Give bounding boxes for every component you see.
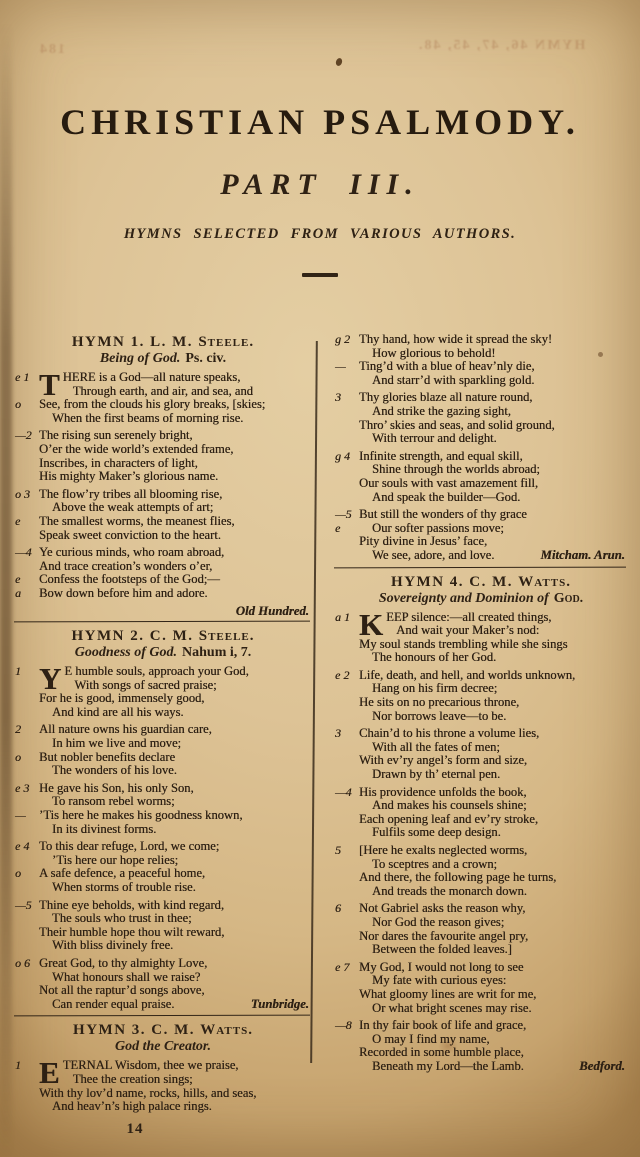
stanza-marker: a 1 (334, 611, 359, 638)
stanza-marker (334, 651, 359, 665)
verse-dropcap-row: e 1THERE is a God—all nature speaks,Thro… (14, 371, 312, 398)
hymn-author: Watts. (200, 1022, 253, 1038)
stanza-marker (14, 998, 39, 1012)
verse-line-row: My soul stands trembling while she sings (334, 638, 628, 652)
verse-line-row: Thro’ skies and seas, and solid ground, (334, 419, 628, 433)
stanza-marker (14, 560, 39, 574)
stanza-marker (334, 871, 359, 885)
hymn-author: Steele. (199, 628, 255, 644)
page-title: CHRISTIAN PSALMODY. (0, 104, 640, 140)
verse-line: And makes his counsels shine; (359, 799, 527, 813)
stanza-marker (14, 795, 39, 809)
verse-line-row: Nor borrows leave—to be. (334, 710, 628, 724)
verse-line-row: Fulfils some deep design. (334, 826, 628, 840)
verse-line-row: How glorious to behold! (334, 347, 628, 361)
hymn-heading: HYMN 4. C. M. Watts.Sovereignty and Domi… (334, 574, 628, 607)
stanza-marker: —5 (334, 508, 359, 522)
hymn-subject: Being of God. (100, 351, 181, 366)
stanza: o 6Great God, to thy almighty Love,What … (14, 957, 312, 1011)
stanza: e 3He gave his Son, his only Son,To rans… (14, 782, 312, 836)
stanza-marker: — (14, 809, 39, 823)
stanza-marker: 3 (334, 727, 359, 741)
verse-line: To ransom rebel worms; (39, 795, 175, 809)
scripture-ref: God. (554, 591, 583, 606)
verse-line-row: Above the weak attempts of art; (14, 501, 312, 515)
stanza: —8In thy fair book of life and grace,O m… (334, 1019, 628, 1073)
verse-line-row: eOur softer passions move; (334, 522, 628, 536)
stanza-marker (14, 854, 39, 868)
verse-line-row: 6Not Gabriel asks the reason why, (334, 902, 628, 916)
verse-line: Between the folded leaves.] (359, 943, 512, 957)
verse-line: All nature owns his guardian care, (39, 723, 212, 737)
verse-line: When storms of trouble rise. (39, 881, 196, 895)
spacer (39, 605, 236, 619)
stanza-marker: e 4 (14, 840, 39, 854)
verse-line: When the first beams of morning rise. (39, 412, 243, 426)
verse-line: Above the weak attempts of art; (39, 501, 213, 515)
stanza-marker (14, 926, 39, 940)
dropcap-letter: K (359, 612, 383, 638)
stanza-marker: o 6 (14, 957, 39, 971)
stanza: g 2Thy hand, how wide it spread the sky!… (334, 333, 628, 387)
verse-line-row: Recorded in some humble place, (334, 1046, 628, 1060)
verse-line: A safe defence, a peaceful home, (39, 867, 205, 881)
verse-line: To sceptres and a crown; (359, 858, 497, 872)
stanza-marker (14, 501, 39, 515)
verse-dropcap-row: a 1KEEP silence:—all created things,And … (334, 611, 628, 638)
verse-line-row: Beneath my Lord—the Lamb.Bedford. (334, 1060, 628, 1074)
verse-line: ’Tis here he makes his goodness known, (39, 809, 242, 823)
stanza-marker (14, 939, 39, 953)
verse-line: The wonders of his love. (39, 764, 177, 778)
verse-line-row: And heav’n’s high palace rings. (14, 1100, 312, 1114)
stanza-marker: —2 (14, 429, 39, 443)
verse-line-row: And treads the monarch down. (334, 885, 628, 899)
verse-line-row: And there, the following page he turns, (334, 871, 628, 885)
stanza-marker (334, 754, 359, 768)
stanza-marker: —8 (334, 1019, 359, 1033)
stanza-marker (14, 529, 39, 543)
verse-line-row: Our souls with vast amazement fill, (334, 477, 628, 491)
verse-line-row: Drawn by th’ eternal pen. (334, 768, 628, 782)
verse-line-row: O may I find my name, (334, 1033, 628, 1047)
verse-line-row: 3Chain’d to his throne a volume lies, (334, 727, 628, 741)
verse-line-row: O’er the wide world’s extended frame, (14, 443, 312, 457)
verse-line: Ye curious minds, who roam abroad, (39, 546, 224, 560)
verse-line-row: 5[Here he exalts neglected worms, (334, 844, 628, 858)
verse-line-row: In its divinest forms. (14, 823, 312, 837)
stanza-marker (14, 443, 39, 457)
stanza-marker: 2 (14, 723, 39, 737)
verse-line-row: oA safe defence, a peaceful home, (14, 867, 312, 881)
verse-line: Not Gabriel asks the reason why, (359, 902, 525, 916)
verse-line: Through earth, and air, and sea, and (63, 385, 253, 399)
stanza: o 3The flow’ry tribes all blooming rise,… (14, 488, 312, 542)
verse-line-row: Not all the raptur’d songs above, (14, 984, 312, 998)
stanza-marker (334, 535, 359, 549)
stanza-marker (14, 1087, 39, 1101)
verse-line-row: eThe smallest worms, the meanest flies, (14, 515, 312, 529)
stanza: —5Thine eye beholds, with kind regard,Th… (14, 899, 312, 953)
hymn-subject-line: Being of God.Ps. civ. (14, 351, 312, 367)
verse-line: What gloomy lines are writ for me, (359, 988, 536, 1002)
stanza-marker: 6 (334, 902, 359, 916)
stanza-marker (14, 605, 39, 619)
verse-line: His mighty Maker’s glorious name. (39, 470, 218, 484)
stanza-marker (334, 491, 359, 505)
stanza: a 1KEEP silence:—all created things,And … (334, 611, 628, 665)
stanza-marker (14, 457, 39, 471)
stanza-marker (334, 1046, 359, 1060)
verse-line: Our softer passions move; (359, 522, 504, 536)
hymn-heading: HYMN 2. C. M. Steele.Goodness of God.Nah… (14, 628, 312, 661)
verse-line: We see, adore, and love. (359, 549, 494, 563)
stanza-marker: e 7 (334, 961, 359, 975)
verse-line-row: oSee, from the clouds his glory breaks, … (14, 398, 312, 412)
verse-line: Their humble hope thou wilt reward, (39, 926, 224, 940)
tune-name: Mitcham. Arun. (540, 549, 628, 563)
stanza-marker (334, 916, 359, 930)
verse-line: [Here he exalts neglected worms, (359, 844, 527, 858)
stanza-marker (334, 710, 359, 724)
stanza-marker (334, 374, 359, 388)
stanza-marker: e (14, 515, 39, 529)
verse-line-row: And trace creation’s wonders o’er, (14, 560, 312, 574)
verse-line-row: When storms of trouble rise. (14, 881, 312, 895)
stanza-marker (14, 823, 39, 837)
verse-line: Nor God the reason gives; (359, 916, 504, 930)
stanza: 3Chain’d to his throne a volume lies,Wit… (334, 727, 628, 781)
verse-dropcap-row: 1ETERNAL Wisdom, thee we praise,Thee the… (14, 1059, 312, 1086)
stanza-marker (334, 988, 359, 1002)
verse-line-row: With all the fates of men; (334, 741, 628, 755)
verse-line-row: With terrour and delight. (334, 432, 628, 446)
book-page: 184 HYMN 46, 47, 45, 48. CHRISTIAN PSALM… (0, 0, 640, 1157)
section-rule (14, 1015, 310, 1017)
hymn-heading-line: HYMN 4. C. M. Watts. (334, 574, 628, 591)
verse-line-row: e 2Life, death, and hell, and worlds unk… (334, 669, 628, 683)
verse-line: Nor dares the favourite angel pry, (359, 930, 528, 944)
verse-line: The honours of her God. (359, 651, 496, 665)
verse-line: Not all the raptur’d songs above, (39, 984, 205, 998)
hymn-subject-line: Sovereignty and Dominion ofGod. (334, 591, 628, 607)
verse-line-row: The honours of her God. (334, 651, 628, 665)
hymn-subject: Goodness of God. (75, 645, 177, 660)
verse-line-row: aBow down before him and adore. (14, 587, 312, 601)
page-number: 14 (0, 1121, 284, 1138)
stanza: e 2Life, death, and hell, and worlds unk… (334, 669, 628, 723)
verse-line: Hang on his firm decree; (359, 682, 497, 696)
verse-line-row: We see, adore, and love.Mitcham. Arun. (334, 549, 628, 563)
verse-line-row: o 3The flow’ry tribes all blooming rise, (14, 488, 312, 502)
verse-line-row: g 2Thy hand, how wide it spread the sky! (334, 333, 628, 347)
stanza-marker: o (14, 751, 39, 765)
verse-line-row: And makes his counsels shine; (334, 799, 628, 813)
verse-line: Or what bright scenes may rise. (359, 1002, 531, 1016)
verse-line: He sits on no precarious throne, (359, 696, 519, 710)
hymn-author: Watts. (518, 574, 571, 590)
stanza-marker: e 3 (14, 782, 39, 796)
verse-line: Each opening leaf and ev’ry stroke, (359, 813, 538, 827)
verse-line: The souls who trust in thee; (39, 912, 192, 926)
verse-line-row: Inscribes, in characters of light, (14, 457, 312, 471)
verse-line-row: Shine through the worlds abroad; (334, 463, 628, 477)
tune-line: Old Hundred. (14, 605, 312, 619)
stanza-marker (334, 405, 359, 419)
hymn-meter: C. M. (150, 628, 194, 644)
verse-line: His providence unfolds the book, (359, 786, 527, 800)
verse-line-row: —2The rising sun serenely bright, (14, 429, 312, 443)
stanza-marker (334, 858, 359, 872)
hymn-number: HYMN 4. (391, 574, 464, 590)
stanza-marker: e 2 (334, 669, 359, 683)
verse-line-row: oBut nobler benefits declare (14, 751, 312, 765)
verse-line: He gave his Son, his only Son, (39, 782, 194, 796)
verse-line-row: —5Thine eye beholds, with kind regard, (14, 899, 312, 913)
stanza-marker (334, 799, 359, 813)
verse-line-row: ’Tis here our hope relies; (14, 854, 312, 868)
verse-line: O may I find my name, (359, 1033, 490, 1047)
dropcap-letter: Y (39, 666, 61, 692)
section-rule (334, 566, 626, 568)
verse-line: Our souls with vast amazement fill, (359, 477, 538, 491)
verse-line: And wait your Maker’s nod: (386, 624, 551, 638)
stanza-marker (334, 930, 359, 944)
verse-line: With terrour and delight. (359, 432, 497, 446)
verse-line: Recorded in some humble place, (359, 1046, 524, 1060)
verse-line: Confess the footsteps of the God;— (39, 573, 220, 587)
stanza-marker (334, 741, 359, 755)
stanza-marker (334, 682, 359, 696)
stanza-marker (14, 912, 39, 926)
verse-line: Infinite strength, and equal skill, (359, 450, 523, 464)
verse-line-row: Hang on his firm decree; (334, 682, 628, 696)
verse-line: Ting’d with a blue of heav’nly die, (359, 360, 534, 374)
verse-line: With thy lov’d name, rocks, hills, and s… (39, 1087, 256, 1101)
hymn-subject: Sovereignty and Dominion of (379, 591, 549, 606)
hymn-heading-line: HYMN 3. C. M. Watts. (14, 1022, 312, 1039)
dropcap-lines: HERE is a God—all nature speaks,Through … (63, 371, 253, 398)
verse-line-row: 3Thy glories blaze all nature round, (334, 391, 628, 405)
verse-line-row: —5But still the wonders of thy grace (334, 508, 628, 522)
verse-line-row: Their humble hope thou wilt reward, (14, 926, 312, 940)
verse-line-row: And kind are all his ways. (14, 706, 312, 720)
verse-line: My God, I would not long to see (359, 961, 523, 975)
stanza-marker: e (334, 522, 359, 536)
right-column: g 2Thy hand, how wide it spread the sky!… (334, 333, 628, 1138)
stanza: —4Ye curious minds, who roam abroad,And … (14, 546, 312, 600)
verse-line: Can render equal praise. (39, 998, 174, 1012)
stanza-marker: 3 (334, 391, 359, 405)
verse-line-row: The wonders of his love. (14, 764, 312, 778)
verse-line-row: The souls who trust in thee; (14, 912, 312, 926)
verse-line: What honours shall we raise? (39, 971, 200, 985)
stanza-marker (14, 984, 39, 998)
verse-line: Inscribes, in characters of light, (39, 457, 198, 471)
header-divider-dash (302, 273, 338, 277)
dropcap-lines: E humble souls, approach your God,With s… (64, 665, 248, 692)
verse-line: The rising sun serenely bright, (39, 429, 193, 443)
verse-line: My soul stands trembling while she sings (359, 638, 568, 652)
stanza: 5[Here he exalts neglected worms,To scep… (334, 844, 628, 898)
verse-line: But still the wonders of thy grace (359, 508, 527, 522)
verse-line: Fulfils some deep design. (359, 826, 501, 840)
hymn-meter: C. M. (469, 574, 513, 590)
verse-line-row: And starr’d with sparkling gold. (334, 374, 628, 388)
verse-line: Speak sweet conviction to the heart. (39, 529, 221, 543)
verse-line-row: When the first beams of morning rise. (14, 412, 312, 426)
verse-line-row: e 4To this dear refuge, Lord, we come; (14, 840, 312, 854)
tune-name: Bedford. (579, 1060, 628, 1074)
stanza-marker (334, 419, 359, 433)
verse-line-row: And speak the builder—God. (334, 491, 628, 505)
verse-line-row: 2All nature owns his guardian care, (14, 723, 312, 737)
stanza-marker (334, 696, 359, 710)
stanza-marker: 5 (334, 844, 359, 858)
hymn-heading-line: HYMN 2. C. M. Steele. (14, 628, 312, 645)
verse-line-row: With bliss divinely free. (14, 939, 312, 953)
hymn-subject: God the Creator. (115, 1039, 211, 1054)
verse-line: And kind are all his ways. (39, 706, 184, 720)
verse-line-row: Or what bright scenes may rise. (334, 1002, 628, 1016)
text-columns: HYMN 1. L. M. Steele.Being of God.Ps. ci… (14, 333, 628, 1138)
verse-line: With bliss divinely free. (39, 939, 173, 953)
verse-line: EEP silence:—all created things, (386, 611, 551, 625)
stanza-marker: o (14, 398, 39, 412)
verse-line-row: In him we live and move; (14, 737, 312, 751)
verse-line: ’Tis here our hope relies; (39, 854, 178, 868)
verse-line-row: eConfess the footsteps of the God;— (14, 573, 312, 587)
stanza: —5But still the wonders of thy graceeOur… (334, 508, 628, 562)
tune-name: Old Hundred. (236, 605, 312, 619)
verse-line: Drawn by th’ eternal pen. (359, 768, 500, 782)
stanza-marker (334, 1002, 359, 1016)
verse-line-row: To ransom rebel worms; (14, 795, 312, 809)
part-title: PART III. (0, 170, 640, 200)
stanza-marker (14, 737, 39, 751)
verse-line: E humble souls, approach your God, (64, 665, 248, 679)
verse-line: With songs of sacred praise; (64, 679, 248, 693)
stanza-marker: g 4 (334, 450, 359, 464)
page-header: CHRISTIAN PSALMODY. PART III. HYMNS SELE… (0, 0, 640, 277)
verse-line-row: —4Ye curious minds, who roam abroad, (14, 546, 312, 560)
verse-line: The flow’ry tribes all blooming rise, (39, 488, 222, 502)
verse-line: Beneath my Lord—the Lamb. (359, 1060, 524, 1074)
hymn-meter: C. M. (151, 1022, 195, 1038)
verse-line: See, from the clouds his glory breaks, [… (39, 398, 265, 412)
verse-line: And speak the builder—God. (359, 491, 520, 505)
verse-line-row: Speak sweet conviction to the heart. (14, 529, 312, 543)
dropcap-lines: TERNAL Wisdom, thee we praise,Thee the c… (63, 1059, 239, 1086)
hymn-subject-line: Goodness of God.Nahum i, 7. (14, 645, 312, 661)
section-rule (14, 621, 310, 623)
verse-line: Thee the creation sings; (63, 1073, 239, 1087)
verse-line: But nobler benefits declare (39, 751, 175, 765)
verse-line: For he is good, immensely good, (39, 692, 204, 706)
stanza-marker (334, 826, 359, 840)
stanza-marker: 1 (14, 665, 39, 692)
verse-line: TERNAL Wisdom, thee we praise, (63, 1059, 239, 1073)
verse-line-row: —Ting’d with a blue of heav’nly die, (334, 360, 628, 374)
stanza-marker (334, 463, 359, 477)
stanza-marker (14, 706, 39, 720)
verse-line: Bow down before him and adore. (39, 587, 208, 601)
tune-name: Tunbridge. (251, 998, 312, 1012)
verse-line: HERE is a God—all nature speaks, (63, 371, 253, 385)
verse-line-row: Nor dares the favourite angel pry, (334, 930, 628, 944)
stanza-marker (334, 549, 359, 563)
verse-line-row: His mighty Maker’s glorious name. (14, 470, 312, 484)
stanza: 1ETERNAL Wisdom, thee we praise,Thee the… (14, 1059, 312, 1113)
stanza-marker: —4 (14, 546, 39, 560)
stanza-marker: — (334, 360, 359, 374)
verse-line-row: e 7My God, I would not long to see (334, 961, 628, 975)
verse-line: And heav’n’s high palace rings. (39, 1100, 212, 1114)
verse-line-row: —4His providence unfolds the book, (334, 786, 628, 800)
verse-line-row: To sceptres and a crown; (334, 858, 628, 872)
verse-line: Nor borrows leave—to be. (359, 710, 506, 724)
verse-line: And trace creation’s wonders o’er, (39, 560, 212, 574)
stanza-marker: o (14, 867, 39, 881)
verse-line-row: —’Tis here he makes his goodness known, (14, 809, 312, 823)
stanza: —2The rising sun serenely bright,O’er th… (14, 429, 312, 483)
page-subtitle: HYMNS SELECTED FROM VARIOUS AUTHORS. (0, 226, 640, 243)
verse-line-row: And strike the gazing sight, (334, 405, 628, 419)
hymn-heading: HYMN 3. C. M. Watts.God the Creator. (14, 1022, 312, 1055)
verse-line: In him we live and move; (39, 737, 181, 751)
stanza: e 4To this dear refuge, Lord, we come;’T… (14, 840, 312, 894)
verse-line-row: What honours shall we raise? (14, 971, 312, 985)
stanza: 1YE humble souls, approach your God,With… (14, 665, 312, 719)
hymn-number: HYMN 3. (73, 1022, 146, 1038)
stanza-marker (334, 943, 359, 957)
hymn-number: HYMN 1. (72, 334, 145, 350)
verse-line-row: Can render equal praise.Tunbridge. (14, 998, 312, 1012)
stanza: —4His providence unfolds the book,And ma… (334, 786, 628, 840)
hymn-meter: L. M. (150, 334, 193, 350)
hymn-heading-line: HYMN 1. L. M. Steele. (14, 334, 312, 351)
stanza-marker (14, 412, 39, 426)
left-column: HYMN 1. L. M. Steele.Being of God.Ps. ci… (14, 333, 312, 1138)
verse-line: Pity divine in Jesus’ face, (359, 535, 487, 549)
verse-line: Thy hand, how wide it spread the sky! (359, 333, 552, 347)
verse-line-row: With ev’ry angel’s form and size, (334, 754, 628, 768)
stanza: 2All nature owns his guardian care,In hi… (14, 723, 312, 777)
verse-line: And starr’d with sparkling gold. (359, 374, 534, 388)
hymn-heading: HYMN 1. L. M. Steele.Being of God.Ps. ci… (14, 334, 312, 367)
dropcap-lines: EEP silence:—all created things,And wait… (386, 611, 551, 638)
stanza-marker (334, 885, 359, 899)
verse-line: And there, the following page he turns, (359, 871, 556, 885)
verse-line-row: Nor God the reason gives; (334, 916, 628, 930)
verse-line: With ev’ry angel’s form and size, (359, 754, 527, 768)
stanza-marker (334, 477, 359, 491)
stanza-marker (14, 470, 39, 484)
verse-line-row: Pity divine in Jesus’ face, (334, 535, 628, 549)
stanza-marker: g 2 (334, 333, 359, 347)
stanza-marker (334, 768, 359, 782)
stanza-marker: e 1 (14, 371, 39, 398)
verse-line: Chain’d to his throne a volume lies, (359, 727, 539, 741)
verse-line: And treads the monarch down. (359, 885, 527, 899)
dropcap-letter: E (39, 1060, 60, 1086)
verse-line-row: For he is good, immensely good, (14, 692, 312, 706)
stanza-marker (334, 432, 359, 446)
stanza-marker (14, 971, 39, 985)
stanza-marker (14, 881, 39, 895)
dropcap-letter: T (39, 372, 60, 398)
stanza-marker: o 3 (14, 488, 39, 502)
